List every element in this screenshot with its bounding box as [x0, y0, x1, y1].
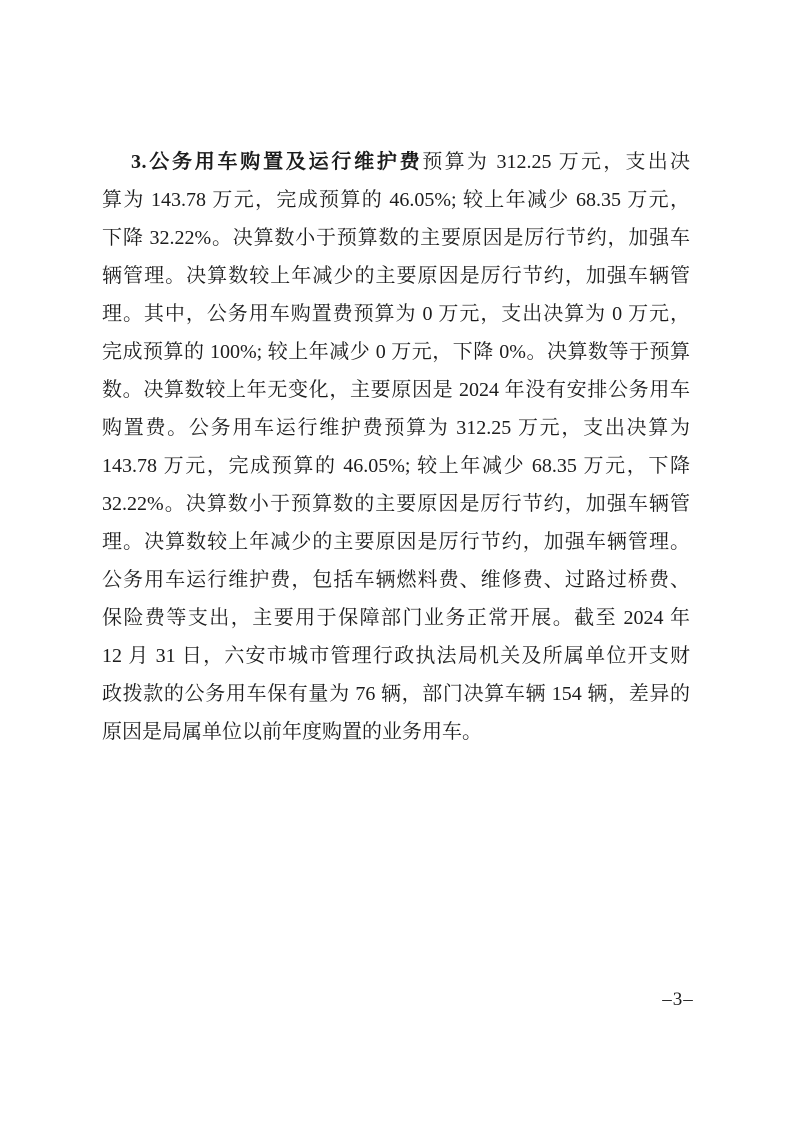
paragraph-line: 辆管理。决算数较上年减少的主要原因是厉行节约，加强车辆管 — [102, 257, 690, 295]
paragraph-line: 原因是局属单位以前年度购置的业务用车。 — [102, 713, 690, 751]
paragraph-line: 公务用车运行维护费，包括车辆燃料费、维修费、过路过桥费、 — [102, 561, 690, 599]
page-number: –3– — [648, 988, 708, 1012]
paragraph-line: 保险费等支出，主要用于保障部门业务正常开展。截至 2024 年 — [102, 599, 690, 637]
paragraph-line: 购置费。公务用车运行维护费预算为 312.25 万元，支出决算为 — [102, 409, 690, 447]
paragraph-line: 数。决算数较上年无变化，主要原因是 2024 年没有安排公务用车 — [102, 371, 690, 409]
paragraph-line: 12 月 31 日，六安市城市管理行政执法局机关及所属单位开支财 — [102, 637, 690, 675]
document-page: 3.公务用车购置及运行维护费预算为 312.25 万元，支出决 算为 143.7… — [0, 0, 793, 1122]
paragraph-line: 143.78 万元，完成预算的 46.05%; 较上年减少 68.35 万元，下… — [102, 447, 690, 485]
paragraph-line: 算为 143.78 万元，完成预算的 46.05%; 较上年减少 68.35 万… — [102, 181, 690, 219]
paragraph-line: 理。决算数较上年减少的主要原因是厉行节约，加强车辆管理。 — [102, 523, 690, 561]
paragraph-line: 3.公务用车购置及运行维护费预算为 312.25 万元，支出决 — [102, 143, 690, 181]
body-paragraph: 3.公务用车购置及运行维护费预算为 312.25 万元，支出决 算为 143.7… — [102, 143, 690, 751]
paragraph-line: 政拨款的公务用车保有量为 76 辆，部门决算车辆 154 辆，差异的 — [102, 675, 690, 713]
paragraph-line: 理。其中，公务用车购置费预算为 0 万元，支出决算为 0 万元， — [102, 295, 690, 333]
paragraph-line: 下降 32.22%。决算数小于预算数的主要原因是厉行节约，加强车 — [102, 219, 690, 257]
paragraph-line: 完成预算的 100%; 较上年减少 0 万元，下降 0%。决算数等于预算 — [102, 333, 690, 371]
paragraph-line: 32.22%。决算数小于预算数的主要原因是厉行节约，加强车辆管 — [102, 485, 690, 523]
section-heading-bold: 3.公务用车购置及运行维护费 — [131, 151, 422, 173]
paragraph-line-text: 预算为 312.25 万元，支出决 — [422, 151, 690, 173]
